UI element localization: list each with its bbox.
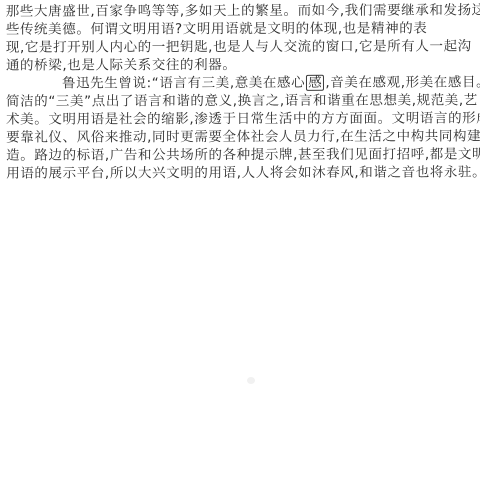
handwritten-essay-page: 那些大唐盛世,百家争鸣等等,多如天上的繁星。而如今,我们需要继承和发扬这 些传统… bbox=[0, 0, 480, 480]
handwritten-line: 那些大唐盛世,百家争鸣等等,多如天上的繁星。而如今,我们需要继承和发扬这 bbox=[6, 1, 476, 20]
quote-text-post: ,音美在感观,形美在感目。” bbox=[325, 74, 480, 90]
handwritten-line: 要靠礼仪、风俗来推动,同时更需要全体社会人员力行,在生活之中构共同构建和创 bbox=[6, 127, 476, 146]
handwritten-line-quote: 鲁迅先生曾说:“语言有三美,意美在感心感,音美在感观,形美在感目。” bbox=[6, 73, 476, 92]
handwritten-line: 现,它是打开别人内心的一把钥匙,也是人与人交流的窗口,它是所有人一起沟 bbox=[6, 37, 476, 56]
essay-text-block: 那些大唐盛世,百家争鸣等等,多如天上的繁星。而如今,我们需要继承和发扬这 些传统… bbox=[6, 1, 476, 182]
quote-text-pre: 鲁迅先生曾说:“语言有三美,意美在感心 bbox=[62, 75, 305, 92]
handwritten-line: 用语的展示平台,所以大兴文明的用语,人人将会如沐春风,和谐之音也将永驻。 bbox=[6, 163, 476, 182]
handwritten-line: 简洁的“三美”点出了语言和谐的意义,换言之,语言和谐重在思想美,规范美,艺 bbox=[6, 91, 476, 110]
correction-boxed-char: 感 bbox=[306, 75, 324, 91]
handwritten-line: 造。路边的标语,广告和公共场所的各种提示牌,甚至我们见面打招呼,都是文明 bbox=[6, 145, 476, 164]
faint-paper-smudge bbox=[247, 377, 255, 384]
handwritten-line: 些传统美德。何谓文明用语?文明用语就是文明的体现,也是精神的表 bbox=[6, 19, 476, 38]
handwritten-line: 术美。文明用语是社会的缩影,渗透于日常生活中的方方面面。文明语言的形成, bbox=[6, 109, 476, 128]
handwritten-line: 通的桥梁,也是人际关系交往的利器。 bbox=[6, 55, 476, 74]
